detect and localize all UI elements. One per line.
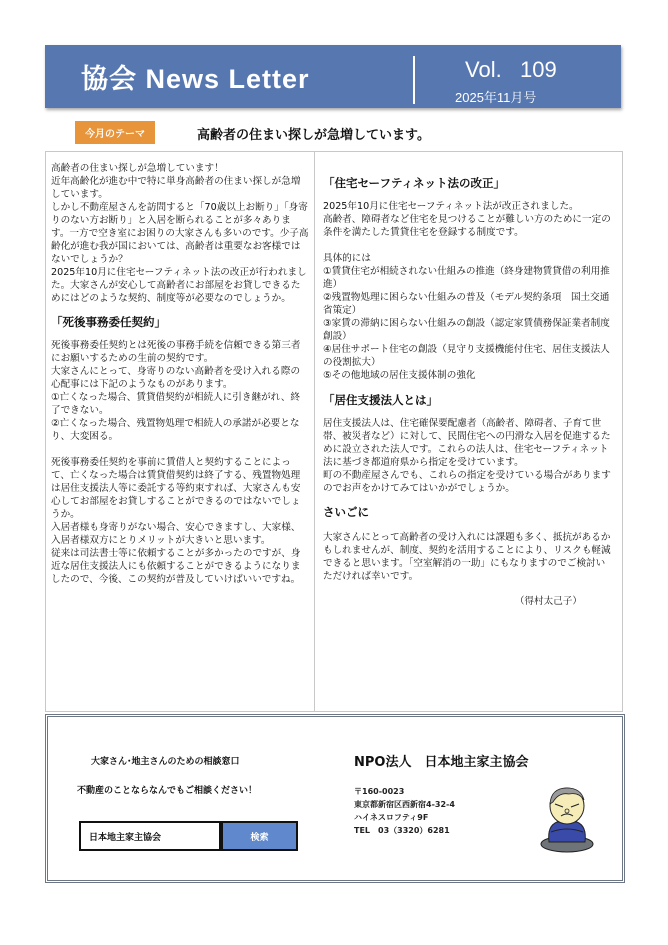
theme-tag: 今月のテーマ bbox=[75, 121, 155, 144]
right-column: 「住宅セーフティネット法の改正」 2025年10月に住宅セーフティネット法が改正… bbox=[314, 151, 623, 712]
section-body-saigoni: 大家さんにとって高齢者の受け入れには課題も多く、抵抗があるかもしれませんが、制度… bbox=[323, 531, 614, 583]
telephone: TEL 03（3320）6281 bbox=[354, 824, 455, 837]
list-item: ①賃貸住宅が相続されない仕組みの推進（終身建物賃貸借の利用推進） bbox=[323, 265, 614, 291]
issue-date: 2025年11月号 bbox=[455, 87, 536, 106]
section-heading-shigo-jimu: 「死後事務委任契約」 bbox=[51, 316, 309, 329]
newsletter-title: 協会 News Letter bbox=[81, 57, 310, 96]
contact-footer: 大家さん･地主さんのための相談窓口 不動産のことならなんでもご相談ください！ 検… bbox=[45, 714, 625, 883]
theme-headline: 高齢者の住まい探しが急増しています。 bbox=[197, 124, 430, 143]
author-signature: （得村太己子） bbox=[323, 595, 614, 608]
search-input[interactable] bbox=[79, 821, 221, 851]
left-column: 高齢者の住まい探しが急増しています！ 近年高齢化が進む中で特に単身高齢者の住まい… bbox=[45, 151, 315, 712]
section-heading-safety-net: 「住宅セーフティネット法の改正」 bbox=[323, 177, 614, 190]
consult-subtitle: 不動産のことならなんでもご相談ください！ bbox=[77, 783, 257, 796]
banner-divider bbox=[413, 56, 415, 104]
newsletter-banner: 協会 News Letter Vol. 109 2025年11月号 bbox=[45, 45, 621, 108]
section-heading-kyoju-shien: 「居住支援法人とは」 bbox=[323, 394, 614, 407]
section-body-shigo-jimu-2: 死後事務委任契約を事前に賃借人と契約することによって、亡くなった場合は賃貸借契約… bbox=[51, 456, 309, 586]
mascot-character-icon bbox=[539, 782, 595, 854]
list-intro: 具体的には bbox=[323, 252, 614, 265]
postal-code: 〒160-0023 bbox=[354, 785, 455, 798]
address-line-1: 東京都新宿区西新宿4-32-4 bbox=[354, 798, 455, 811]
list-item: ④居住サポート住宅の創設（見守り支援機能付住宅、居住支援法人の役割拡大） bbox=[323, 343, 614, 369]
list-item: ③家賃の滞納に困らない仕組みの創設（認定家賃債務保証業者制度創設） bbox=[323, 317, 614, 343]
section-heading-saigoni: さいごに bbox=[323, 506, 614, 519]
list-item: ②残置物処理に困らない仕組みの普及（モデル契約条項 国土交通省策定） bbox=[323, 291, 614, 317]
consult-title: 大家さん･地主さんのための相談窓口 bbox=[91, 754, 240, 767]
list-item: ⑤その他地域の居住支援体制の強化 bbox=[323, 369, 614, 382]
search-button[interactable]: 検索 bbox=[221, 821, 298, 851]
section-body-kyoju-shien: 居住支援法人は、住宅確保要配慮者（高齢者、障碍者、子育て世帯、被災者など）に対し… bbox=[323, 417, 614, 495]
volume-number: Vol. 109 bbox=[465, 57, 557, 83]
intro-paragraph: 高齢者の住まい探しが急増しています！ 近年高齢化が進む中で特に単身高齢者の住まい… bbox=[51, 162, 309, 305]
section-body-safety-net: 2025年10月に住宅セーフティネット法が改正されました。 高齢者、障碍者など住… bbox=[323, 200, 614, 239]
org-address: 〒160-0023 東京都新宿区西新宿4-32-4 ハイネスロフティ9F TEL… bbox=[354, 785, 455, 837]
org-name: NPO法人 日本地主家主協会 bbox=[354, 751, 528, 770]
section-body-shigo-jimu: 死後事務委任契約とは死後の事務手続を信頼できる第三者にお願いするための生前の契約… bbox=[51, 339, 309, 443]
address-line-2: ハイネスロフティ9F bbox=[354, 811, 455, 824]
